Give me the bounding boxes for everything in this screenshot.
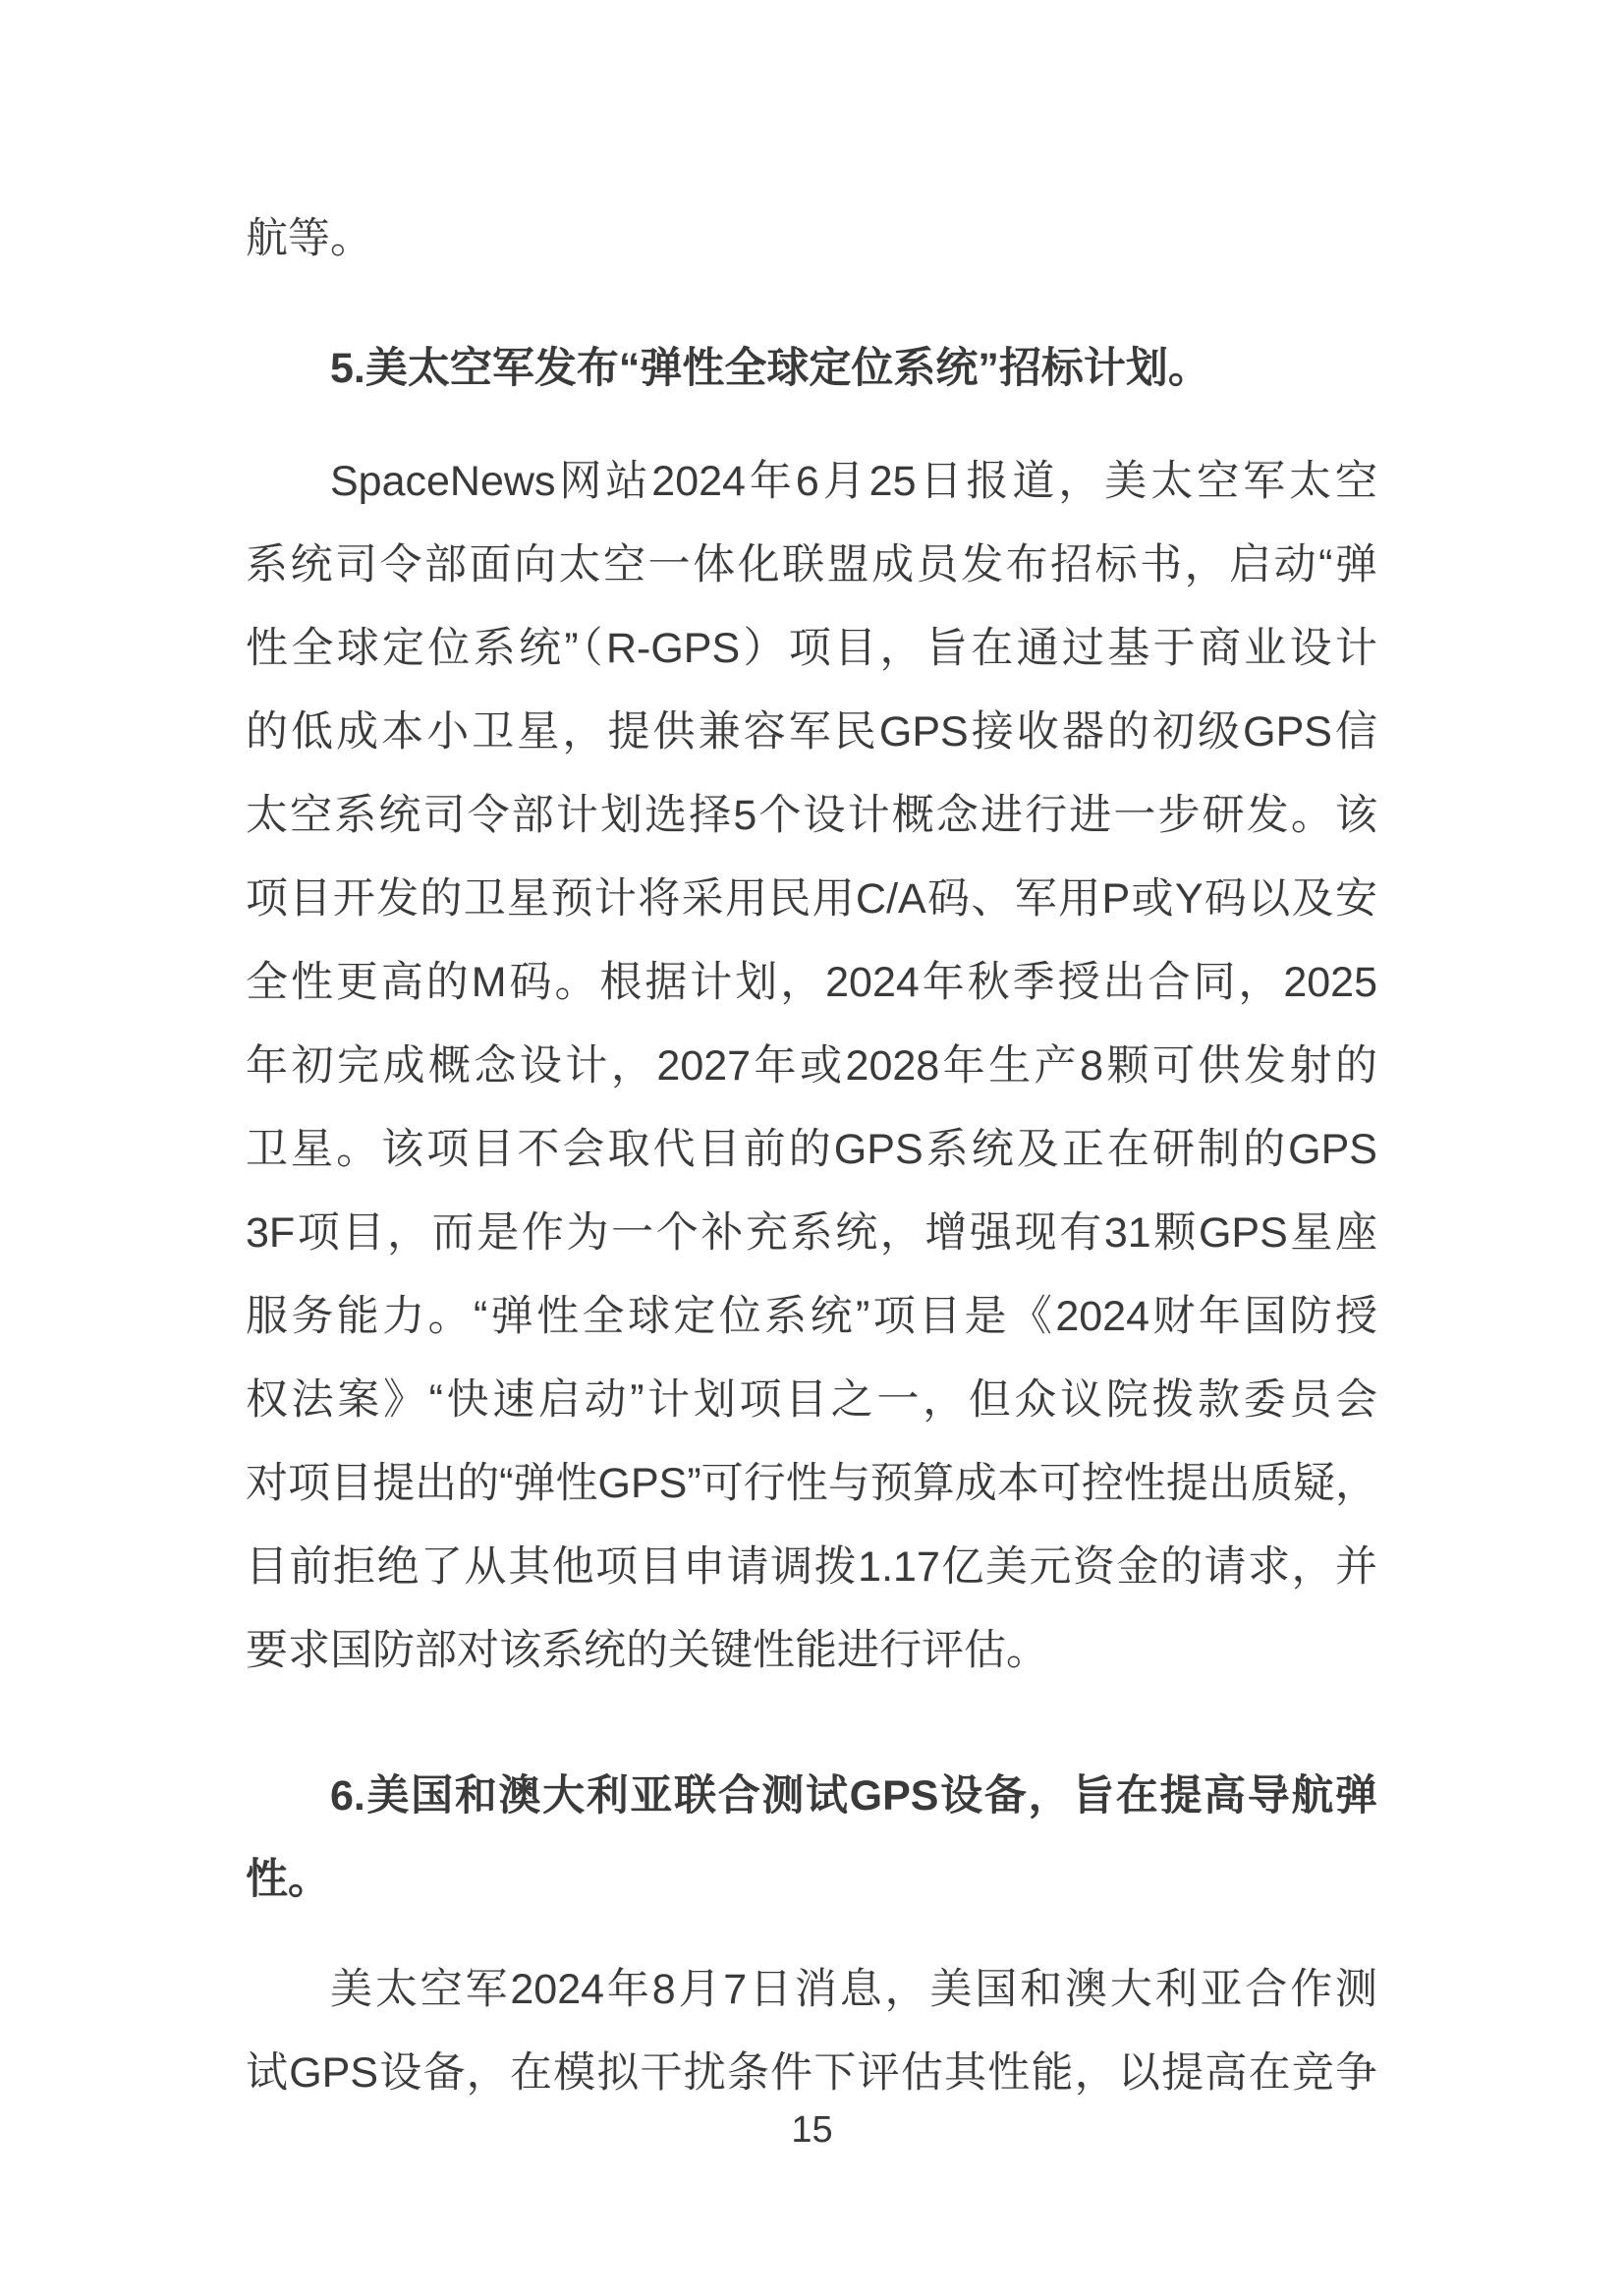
paragraph-continuation: 航等。 [246,197,1377,281]
text-line: 权法案》“快速启动”计划项目之一，但众议院拨款委员会 [246,1359,1377,1442]
paragraph-item-6: 美太空军2024年8月7日消息，美国和澳大利亚合作测试GPS设备，在模拟干扰条件… [246,1948,1377,2115]
text-line: 6.美国和澳大利亚联合测试GPS设备，旨在提高导航弹 [246,1755,1377,1838]
text-line: 目前拒绝了从其他项目申请调拨1.17亿美元资金的请求，并 [246,1526,1377,1609]
text-line: 性全球定位系统”（R-GPS）项目，旨在通过基于商业设计 [246,607,1377,691]
text-line: 美太空军2024年8月7日消息，美国和澳大利亚合作测 [246,1948,1377,2032]
text-line: 系统司令部面向太空一体化联盟成员发布招标书，启动“弹 [246,524,1377,607]
paragraph-item-5: SpaceNews网站2024年6月25日报道，美太空军太空系统司令部面向太空一… [246,440,1377,1693]
text-line: 项目开发的卫星预计将采用民用C/A码、军用P或Y码以及安 [246,858,1377,941]
text-line: 航等。 [246,197,1377,281]
text-line: 卫星。该项目不会取代目前的GPS系统及正在研制的GPS [246,1108,1377,1192]
text-line: 服务能力。“弹性全球定位系统”项目是《2024财年国防授 [246,1275,1377,1359]
page-number: 15 [0,2102,1624,2157]
text-line: 年初完成概念设计，2027年或2028年生产8颗可供发射的 [246,1025,1377,1108]
text-line: 3F项目，而是作为一个补充系统，增强现有31颗GPS星座 [246,1192,1377,1275]
text-line: 全性更高的M码。根据计划，2024年秋季授出合同，2025 [246,941,1377,1025]
text-line: SpaceNews网站2024年6月25日报道，美太空军太空 [246,440,1377,524]
text-line: 对项目提出的“弹性GPS”可行性与预算成本可控性提出质疑， [246,1442,1377,1526]
text-line: 性。 [246,1838,1377,1922]
document-page: 航等。5.美太空军发布“弹性全球定位系统”招标计划。SpaceNews网站202… [0,0,1624,2296]
text-line: 太空系统司令部计划选择5个设计概念进行进一步研发。该 [246,774,1377,858]
heading-item-6: 6.美国和澳大利亚联合测试GPS设备，旨在提高导航弹性。 [246,1755,1377,1922]
page-content: 航等。5.美太空军发布“弹性全球定位系统”招标计划。SpaceNews网站202… [246,197,1377,2115]
heading-item-5: 5.美太空军发布“弹性全球定位系统”招标计划。 [246,327,1377,411]
text-line: 5.美太空军发布“弹性全球定位系统”招标计划。 [246,327,1377,411]
text-line: 要求国防部对该系统的关键性能进行评估。 [246,1609,1377,1693]
text-line: 的低成本小卫星，提供兼容军民GPS接收器的初级GPS信号。 [246,691,1377,774]
